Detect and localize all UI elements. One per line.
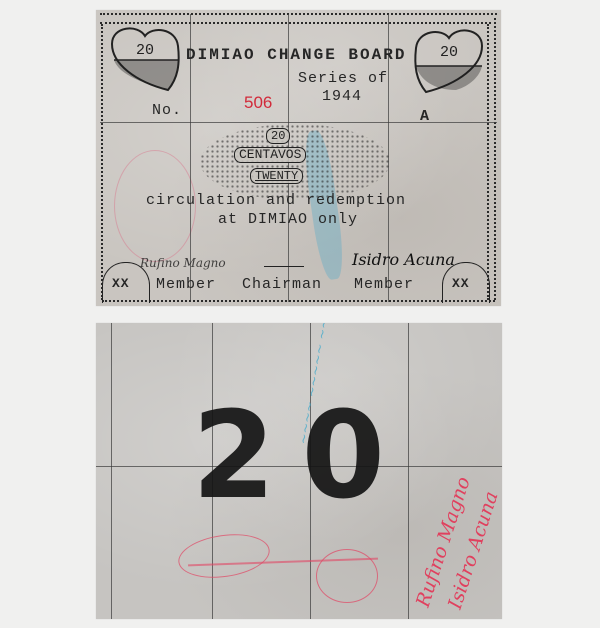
back-denomination-numeral: 20 [192, 387, 411, 526]
circulation-text-line2: at DIMIAO only [218, 211, 358, 228]
grid-line [100, 122, 497, 123]
denomination-numeral: 20 [266, 128, 290, 144]
signature-right: Isidro Acuna [352, 250, 455, 269]
corner-xx-left: XX [112, 276, 130, 291]
banknote-front: 20 20 DIMIAO CHANGE BOARD Series of 1944… [96, 10, 501, 306]
right-inner-dotted-border [487, 24, 489, 300]
denomination-word: TWENTY [250, 168, 303, 184]
grid-line [111, 323, 112, 619]
bottom-dotted-border [102, 300, 495, 302]
corner-xx-right: XX [452, 276, 470, 291]
series-label: Series of [298, 70, 388, 87]
right-dotted-border [494, 18, 496, 300]
serial-number: 506 [244, 93, 272, 113]
top-dotted-border [100, 13, 497, 15]
left-dotted-border [101, 24, 103, 300]
heart-emblem-right: 20 [412, 26, 486, 96]
issuer-title: DIMIAO CHANGE BOARD [186, 46, 406, 64]
signature-left: Rufino Magno [140, 256, 226, 270]
banknote-back: ~~~~ ~~~~~ ~~~~ 20 Rufino Magno Isidro A… [96, 323, 502, 619]
series-year: 1944 [322, 88, 362, 105]
signature-underline [264, 266, 304, 267]
series-letter: A [420, 108, 430, 125]
denomination-unit: CENTAVOS [234, 147, 306, 163]
corner-value: 20 [108, 42, 182, 59]
signatory-label-member-right: Member [354, 276, 414, 293]
number-label: No. [152, 102, 182, 119]
heart-emblem-left: 20 [108, 24, 182, 94]
signatory-label-chairman: Chairman [242, 276, 322, 293]
signatory-label-member-left: Member [156, 276, 216, 293]
circulation-text-line1: circulation and redemption [146, 192, 406, 209]
corner-value: 20 [412, 44, 486, 61]
